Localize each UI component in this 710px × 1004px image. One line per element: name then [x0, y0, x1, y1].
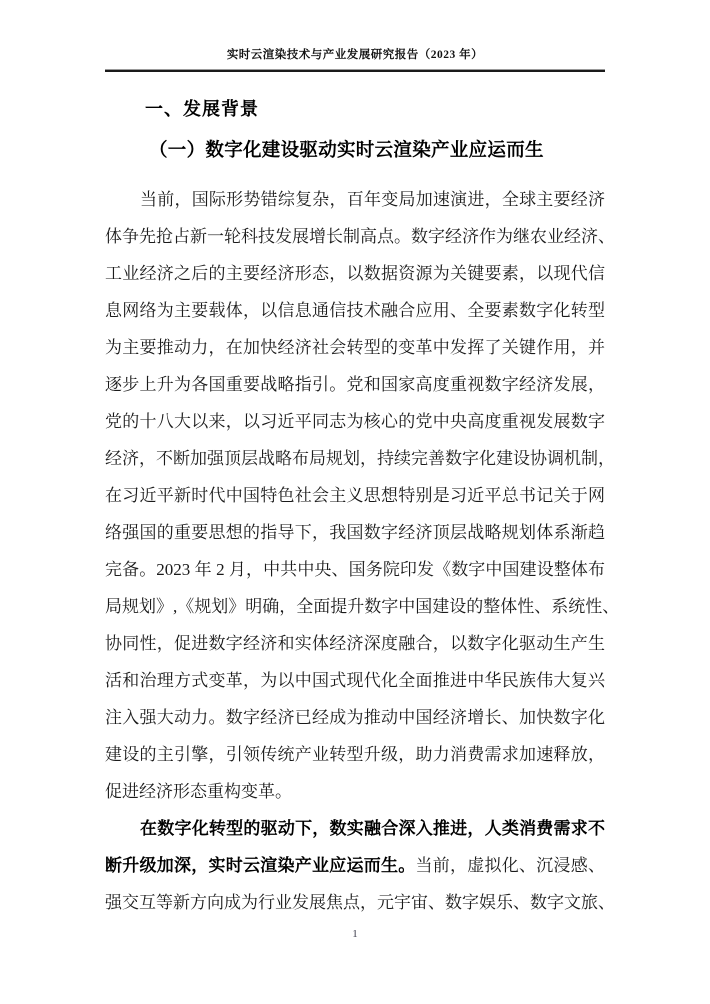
text-segment: 经济，不断加强顶层战略布局规划，持续完善数字化建设协调机制，: [105, 449, 615, 468]
body-line: 息网络为主要载体，以信息通信技术融合应用、全要素数字化转型: [105, 292, 605, 329]
body-line: 注入强大动力。数字经济已经成为推动中国经济增长、加快数字化: [105, 699, 605, 736]
body-line: 建设的主引擎，引领传统产业转型升级，助力消费需求加速释放，: [105, 736, 605, 773]
text-segment: 息网络为主要载体，以信息通信技术融合应用、全要素数字化转型: [105, 301, 605, 320]
body-line: 强交互等新方向成为行业发展焦点，元宇宙、数字娱乐、数字文旅、: [105, 884, 605, 921]
text-segment: 在习近平新时代中国特色社会主义思想特别是习近平总书记关于网: [105, 486, 605, 505]
text-segment: 逐步上升为各国重要战略指引。党和国家高度重视数字经济发展，: [105, 375, 605, 394]
section-heading: 一、发展背景: [145, 97, 259, 121]
text-segment: 当前，虚拟化、沉浸感、: [416, 856, 606, 875]
text-segment: 协同性，促进数字经济和实体经济深度融合，以数字化驱动生产生: [105, 634, 605, 653]
text-segment: 局规划》,《规划》明确，全面提升数字中国建设的整体性、系统性、: [105, 597, 619, 616]
body-line: 在习近平新时代中国特色社会主义思想特别是习近平总书记关于网: [105, 477, 605, 514]
body-line: 络强国的重要思想的指导下，我国数字经济顶层战略规划体系渐趋: [105, 514, 605, 551]
text-segment: 强交互等新方向成为行业发展焦点，元宇宙、数字娱乐、数字文旅、: [105, 893, 615, 912]
text-segment: 体争先抢占新一轮科技发展增长制高点。数字经济作为继农业经济、: [105, 227, 615, 246]
body-line: 活和治理方式变革，为以中国式现代化全面推进中华民族伟大复兴: [105, 662, 605, 699]
body-line: 协同性，促进数字经济和实体经济深度融合，以数字化驱动生产生: [105, 625, 605, 662]
body-line: 在数字化转型的驱动下，数实融合深入推进，人类消费需求不: [105, 810, 605, 847]
body-line: 体争先抢占新一轮科技发展增长制高点。数字经济作为继农业经济、: [105, 218, 605, 255]
body-line: 工业经济之后的主要经济形态，以数据资源为关键要素，以现代信: [105, 255, 605, 292]
text-segment: 促进经济形态重构变革。: [105, 782, 292, 801]
text-segment: 工业经济之后的主要经济形态，以数据资源为关键要素，以现代信: [105, 264, 605, 283]
body-line: 完备。2023 年 2 月，中共中央、国务院印发《数字中国建设整体布: [105, 551, 605, 588]
body-line: 党的十八大以来，以习近平同志为核心的党中央高度重视发展数字: [105, 403, 605, 440]
bold-text-segment: 断升级加深，实时云渲染产业应运而生。: [105, 856, 416, 875]
header-rule: [105, 70, 605, 72]
text-segment: 活和治理方式变革，为以中国式现代化全面推进中华民族伟大复兴: [105, 671, 605, 690]
text-segment: 为主要推动力，在加快经济社会转型的变革中发挥了关键作用，并: [105, 338, 605, 357]
text-segment: 当前，国际形势错综复杂，百年变局加速演进，全球主要经济: [140, 190, 605, 209]
body-line: 促进经济形态重构变革。: [105, 773, 605, 810]
text-segment: 建设的主引擎，引领传统产业转型升级，助力消费需求加速释放，: [105, 745, 605, 764]
text-segment: 完备。2023 年 2 月，中共中央、国务院印发《数字中国建设整体布: [105, 560, 605, 579]
paragraph-1: 当前，国际形势错综复杂，百年变局加速演进，全球主要经济体争先抢占新一轮科技发展增…: [105, 181, 605, 810]
header-title: 实时云渲染技术与产业发展研究报告（2023 年）: [105, 46, 605, 62]
body-line: 经济，不断加强顶层战略布局规划，持续完善数字化建设协调机制，: [105, 440, 605, 477]
body-line: 为主要推动力，在加快经济社会转型的变革中发挥了关键作用，并: [105, 329, 605, 366]
text-segment: 注入强大动力。数字经济已经成为推动中国经济增长、加快数字化: [105, 708, 605, 727]
page-number: 1: [105, 928, 605, 940]
subsection-heading: （一）数字化建设驱动实时云渲染产业应运而生: [149, 138, 544, 164]
document-page: 实时云渲染技术与产业发展研究报告（2023 年） 一、发展背景 （一）数字化建设…: [0, 0, 710, 1004]
body-line: 当前，国际形势错综复杂，百年变局加速演进，全球主要经济: [105, 181, 605, 218]
text-segment: 络强国的重要思想的指导下，我国数字经济顶层战略规划体系渐趋: [105, 523, 605, 542]
body-line: 断升级加深，实时云渲染产业应运而生。当前，虚拟化、沉浸感、: [105, 847, 605, 884]
body-line: 局规划》,《规划》明确，全面提升数字中国建设的整体性、系统性、: [105, 588, 605, 625]
text-segment: 党的十八大以来，以习近平同志为核心的党中央高度重视发展数字: [105, 412, 605, 431]
body-line: 逐步上升为各国重要战略指引。党和国家高度重视数字经济发展，: [105, 366, 605, 403]
paragraph-2: 在数字化转型的驱动下，数实融合深入推进，人类消费需求不断升级加深，实时云渲染产业…: [105, 810, 605, 921]
bold-text-segment: 在数字化转型的驱动下，数实融合深入推进，人类消费需求不: [140, 819, 605, 838]
body-text: 当前，国际形势错综复杂，百年变局加速演进，全球主要经济体争先抢占新一轮科技发展增…: [105, 181, 605, 921]
